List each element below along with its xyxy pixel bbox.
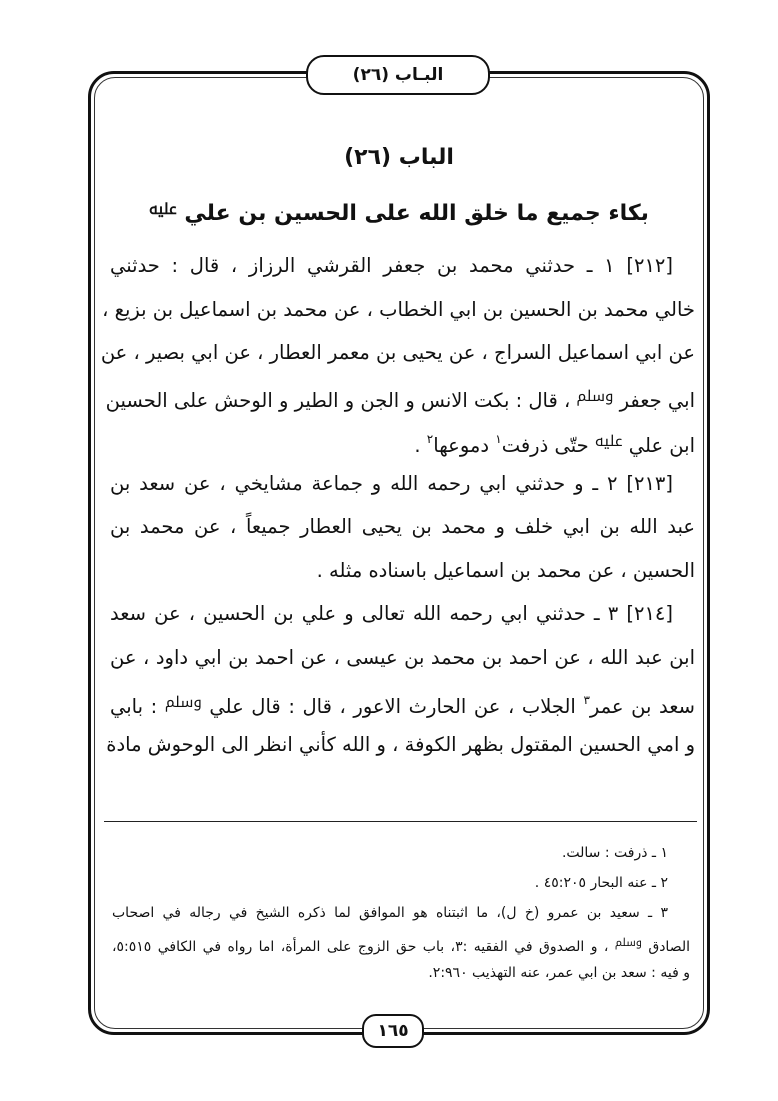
honorific-icon: ﷸ xyxy=(576,387,613,405)
hadith-212-line-2: خالي محمد بن الحسين بن ابي الخطاب ، عن م… xyxy=(110,288,695,332)
hadith-214-line-4: و امي الحسين المقتول بظهر الكوفة ، و الل… xyxy=(110,723,695,767)
footnote-2: ٢ ـ عنه البحار ٤٥:٢٠٥ . xyxy=(112,868,690,898)
page-number-badge: ١٦٥ xyxy=(362,1014,424,1048)
line-text: ابن علي xyxy=(629,434,695,457)
page-number: ١٦٥ xyxy=(377,1021,408,1041)
footnote-3-line-2: الصادق ﷸ ، و الصدوق في الفقيه :٣، باب حق… xyxy=(112,928,690,958)
chapter-number: الباب (٢٦) xyxy=(94,145,704,170)
running-header-title: البـاب (٢٦) xyxy=(353,65,444,85)
hadith-214-line-1: [٢١٤] ٣ ـ حدثني ابي رحمه الله تعالى و عل… xyxy=(110,592,695,636)
running-header: البـاب (٢٦) xyxy=(306,55,490,95)
hadith-212-line-3: عن ابي اسماعيل السراج ، عن يحيى بن معمر … xyxy=(110,331,695,375)
footnote-3-line-3: و فيه : سعد بن ابي عمر، عنه التهذيب ٢:٩٦… xyxy=(112,958,690,988)
chapter-title-text: بكاء جميع ما خلق الله على الحسين بن علي xyxy=(184,201,649,226)
line-text: الصادق xyxy=(648,939,690,955)
line-text: ، و الصدوق في الفقيه :٣، باب حق الزوج عل… xyxy=(112,939,608,955)
hadith-213-line-3: الحسين ، عن محمد بن اسماعيل باسناده مثله… xyxy=(110,549,695,593)
footnotes: ١ ـ ذرفت : سالت. ٢ ـ عنه البحار ٤٥:٢٠٥ .… xyxy=(112,838,690,988)
hadith-213-line-2: عبد الله بن ابي خلف و محمد بن يحيى العطا… xyxy=(110,505,695,549)
hadith-214-line-2: ابن عبد الله ، عن احمد بن محمد بن عيسى ،… xyxy=(110,636,695,680)
hadith-212-line-5: ابن علي ﷷ حتّى ذرفت١ دموعها٢ . xyxy=(110,418,695,462)
footnote-separator xyxy=(104,821,697,822)
line-text: ، قال : بكت الانس و الجن و الطير و الوحش… xyxy=(106,389,571,412)
honorific-icon: ﷷ xyxy=(149,200,177,218)
hadith-212-line-1: [٢١٢] ١ ـ حدثني محمد بن جعفر القرشي الرز… xyxy=(110,244,695,288)
line-text: دموعها xyxy=(433,434,489,457)
line-text: سعد بن عمر xyxy=(590,695,695,718)
line-text: الجلاب ، عن الحارث الاعور ، قال : قال عل… xyxy=(209,695,575,718)
hadith-212-line-4: ابي جعفر ﷸ ، قال : بكت الانس و الجن و ال… xyxy=(110,375,695,419)
chapter-title: بكاء جميع ما خلق الله على الحسين بن علي … xyxy=(94,196,704,226)
honorific-icon: ﷸ xyxy=(165,693,202,711)
line-text: ابي جعفر xyxy=(620,389,695,412)
line-text: : بابي xyxy=(110,695,157,718)
body-text: [٢١٢] ١ ـ حدثني محمد بن جعفر القرشي الرز… xyxy=(110,244,695,766)
line-text: حتّى ذرفت xyxy=(502,434,589,457)
honorific-icon: ﷸ xyxy=(615,936,642,949)
honorific-icon: ﷷ xyxy=(595,432,623,450)
line-text: . xyxy=(414,434,420,457)
hadith-213-line-1: [٢١٣] ٢ ـ و حدثني ابي رحمه الله و جماعة … xyxy=(110,462,695,506)
hadith-214-line-3: سعد بن عمر٣ الجلاب ، عن الحارث الاعور ، … xyxy=(110,679,695,723)
footnote-3-line-1: ٣ ـ سعيد بن عمرو (خ ل)، ما اثبتناه هو ال… xyxy=(112,898,690,928)
footnote-1: ١ ـ ذرفت : سالت. xyxy=(112,838,690,868)
